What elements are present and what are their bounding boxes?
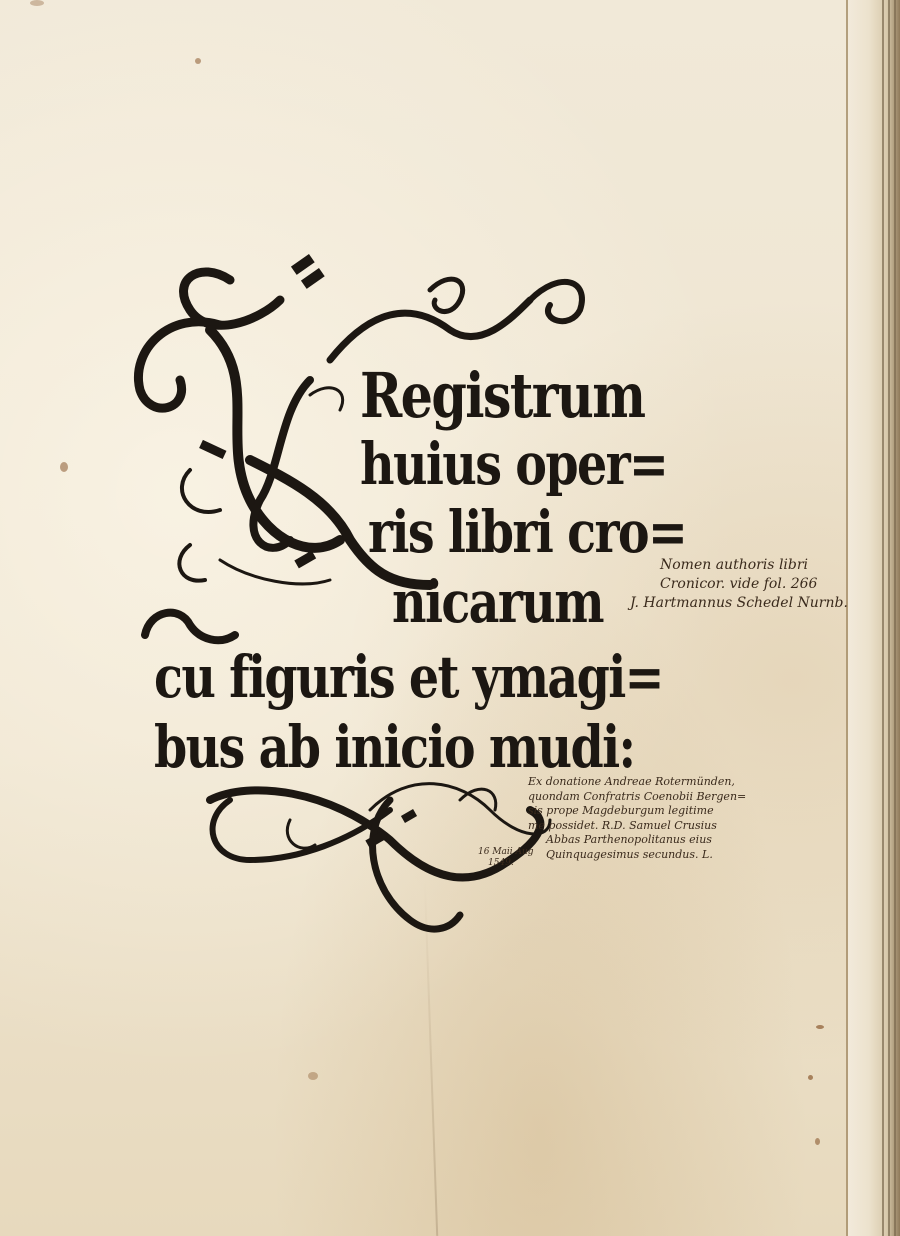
donation-line: sis prope Magdeburgum legitime <box>528 804 746 819</box>
donation-line: Ex donatione Andreae Rotermünden, <box>528 775 746 790</box>
foxing-spot <box>808 1075 813 1080</box>
foxing-spot <box>60 462 68 472</box>
title-line-2: huius oper= <box>360 435 667 493</box>
title-line-4: nicarum <box>392 573 603 631</box>
margin-note-line: Cronicor. vide fol. 266 <box>660 575 848 594</box>
title-line-6: bus ab inicio mudi: <box>154 718 634 776</box>
stacked-page-edges <box>848 0 900 1236</box>
donation-line: me possidet. R.D. Samuel Crusius <box>528 819 746 834</box>
foxing-spot <box>815 1138 820 1145</box>
title-line-5: cu figuris et ymagi= <box>154 648 663 706</box>
date-inscription: 16 Maii Aug 1549. <box>478 847 534 869</box>
foxing-spot <box>30 0 44 6</box>
foxing-spot <box>195 58 201 64</box>
donation-line: Quinquagesimus secundus. L. <box>546 848 746 863</box>
foxing-spot <box>816 1025 824 1029</box>
margin-note-line: J. Hartmannus Schedel Nurnb. <box>630 594 848 613</box>
donation-line: quondam Confratris Coenobii Bergen= <box>528 790 746 805</box>
date-line: 1549. <box>488 858 534 869</box>
foxing-spot <box>308 1072 318 1080</box>
donation-line: Abbas Parthenopolitanus eius <box>546 833 746 848</box>
margin-note-line: Nomen authoris libri <box>660 556 848 575</box>
title-line-1: Registrum <box>360 365 644 427</box>
margin-note-author: Nomen authoris libri Cronicor. vide fol.… <box>660 556 848 613</box>
donation-inscription: Ex donatione Andreae Rotermünden, quonda… <box>528 775 746 862</box>
title-line-3: ris libri cro= <box>368 503 686 561</box>
date-line: 16 Maii Aug <box>478 847 534 858</box>
